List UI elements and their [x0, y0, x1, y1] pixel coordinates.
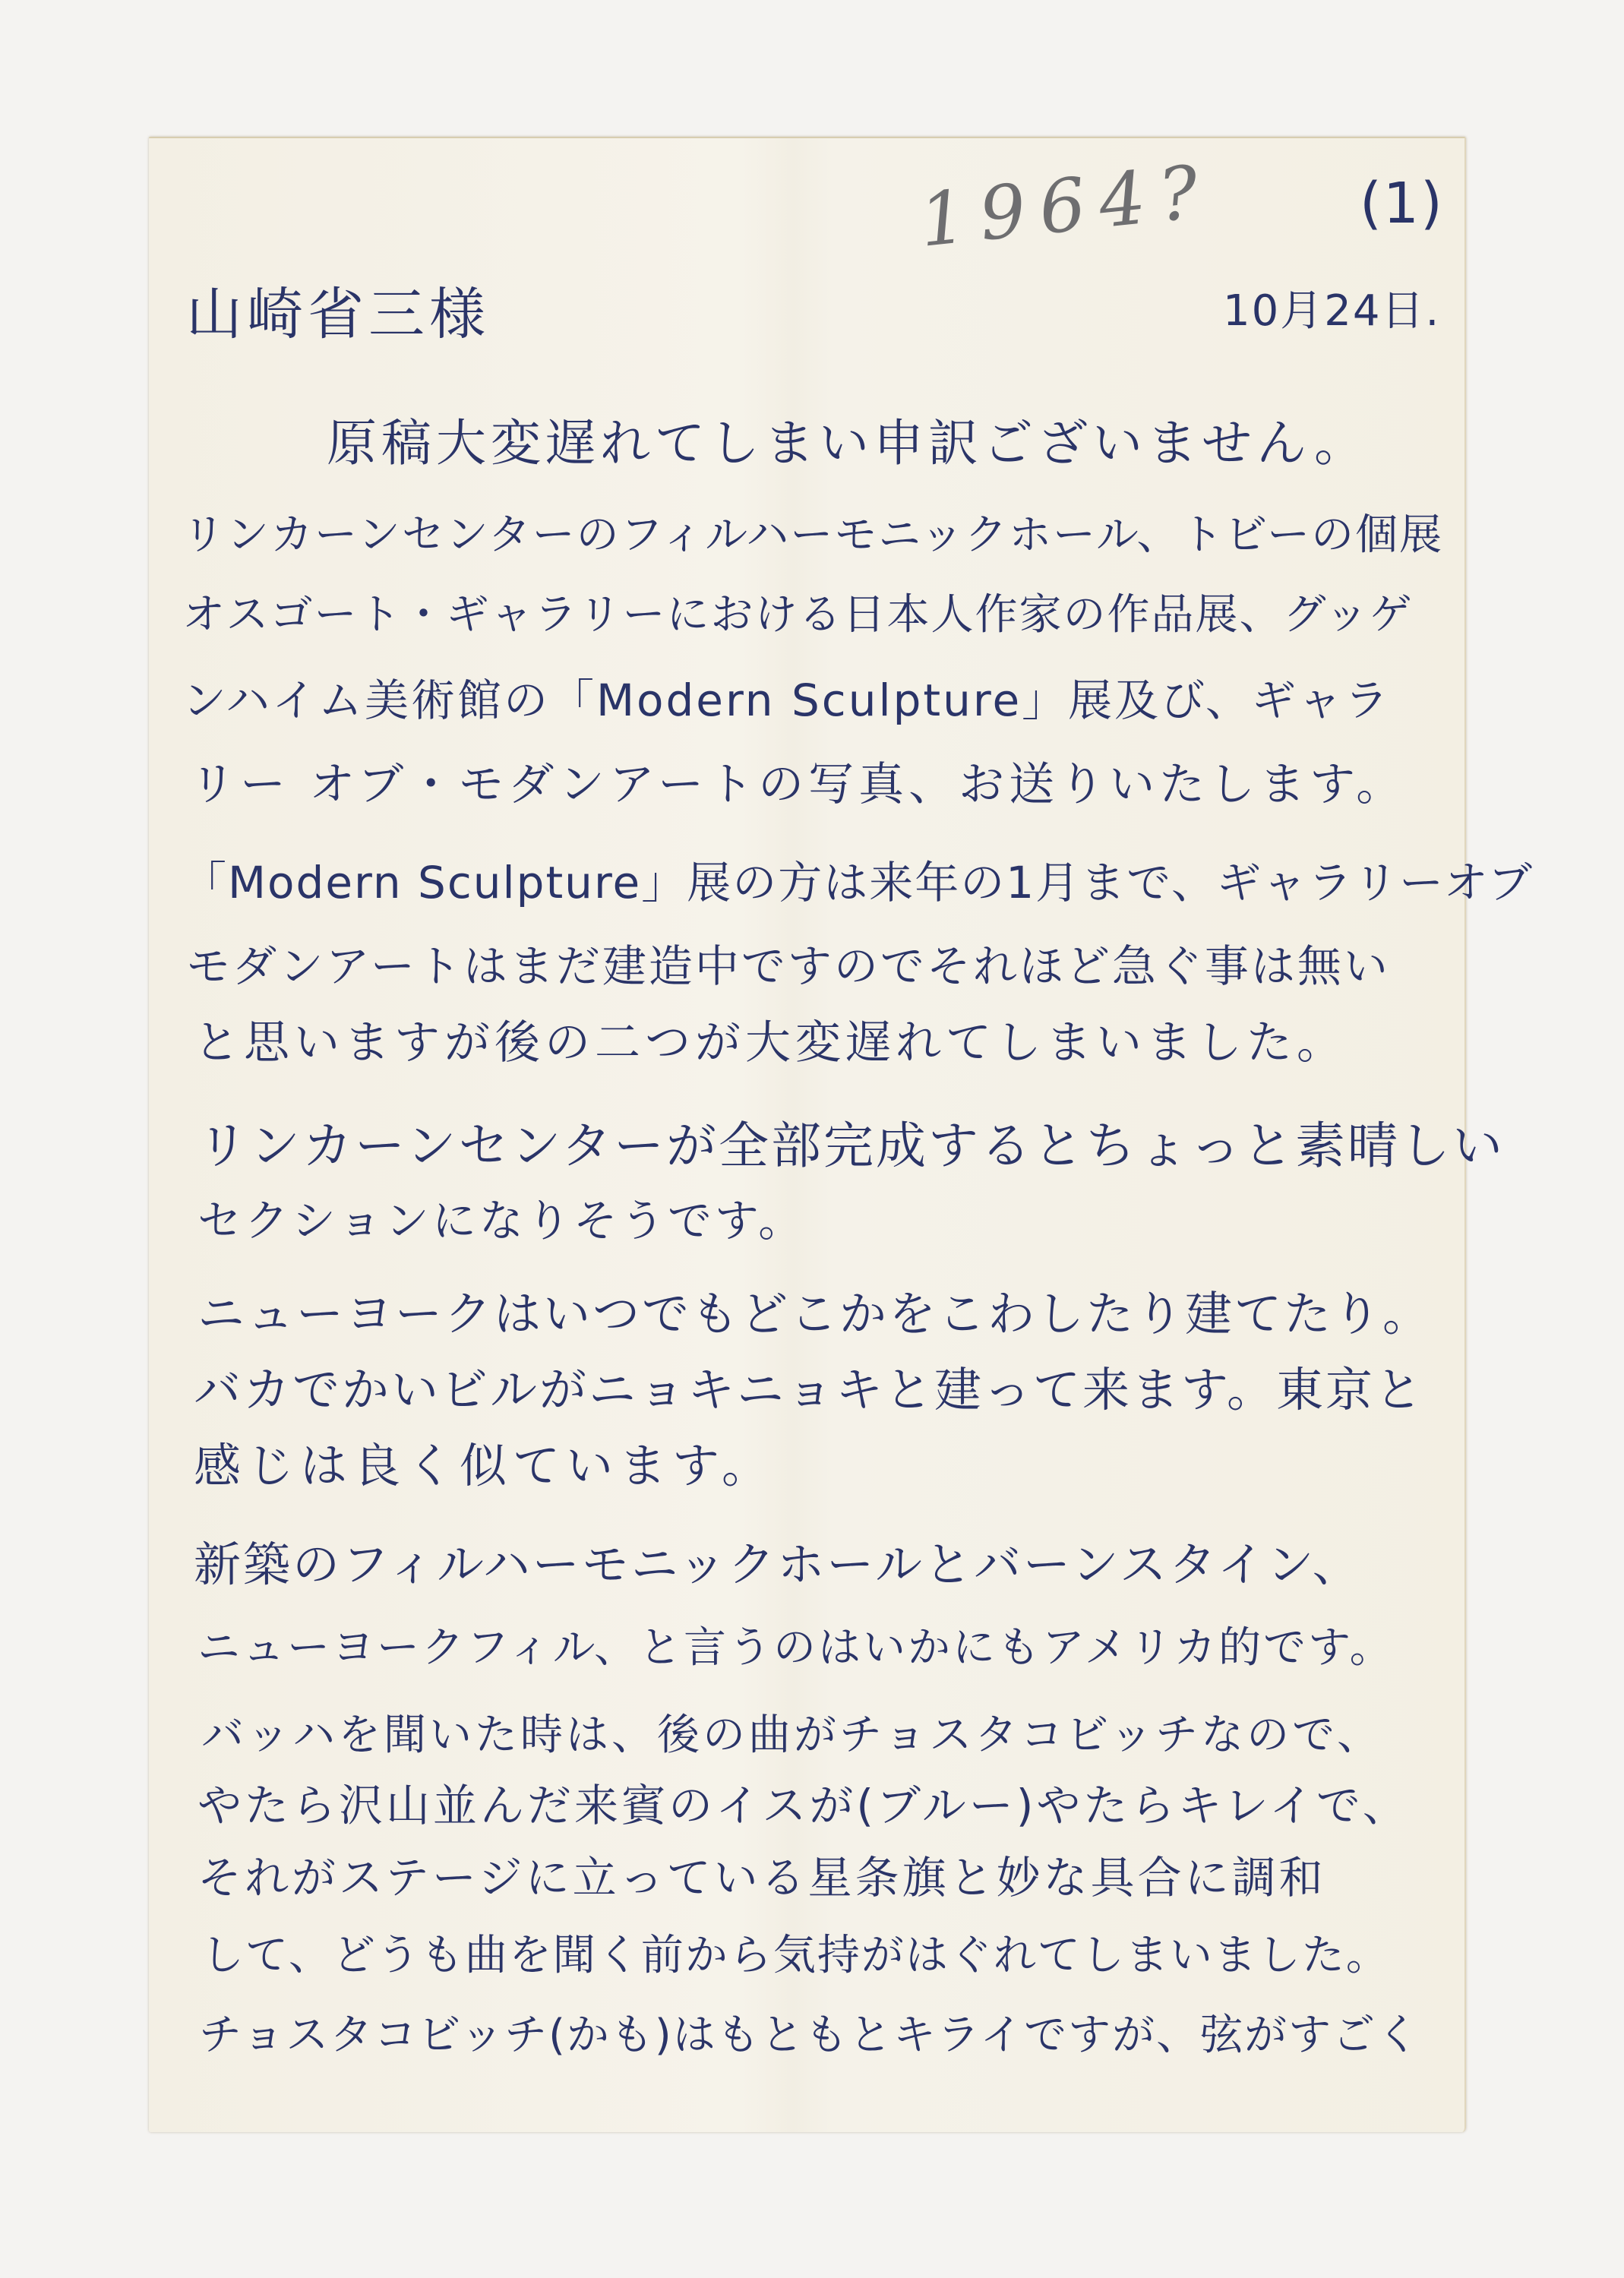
body-line-10: セクションになりそうです。 — [197, 1185, 805, 1249]
body-line-6: 「Modern Sculpture」展の方は来年の1月まで、ギャラリーオブ — [182, 847, 1534, 911]
body-line-4: ンハイム美術館の「Modern Sculpture」展及び、ギャラ — [182, 665, 1391, 728]
body-line-14: 新築のフィルハーモニックホールとバーンスタイン、 — [194, 1527, 1362, 1594]
body-line-12: バカでかいビルがニョキニョキと建って来ます。東京と — [194, 1352, 1424, 1420]
body-line-15: ニューヨークフィル、と言うのはいかにもアメリカ的です。 — [197, 1614, 1395, 1675]
body-line-14-text: 新築のフィルハーモニックホールとバーンスタイン、 — [194, 1537, 1362, 1592]
body-line-1: 原稿大変遅れてしまい申訳ございません。 — [327, 403, 1369, 475]
body-line-20: チョスタコビッチ(かも)はもともとキライですが、弦がすごく — [199, 2002, 1420, 2062]
salutation: 山崎省三様 — [186, 270, 490, 350]
body-line-7: モダンアートはまだ建造中ですのでそれほど急ぐ事は無い — [186, 930, 1390, 994]
body-line-11: ニューヨークはいつでもどこかをこわしたり建てたり。 — [197, 1276, 1432, 1344]
body-line-19: して、どうも曲を聞く前から気持がはぐれてしまいました。 — [201, 1922, 1390, 1983]
page-number: (1) — [1360, 171, 1444, 236]
body-line-9: リンカーンセンターが全部完成するとちょっと素晴しい — [197, 1105, 1505, 1177]
body-line-2: リンカーンセンターのフィルハーモニックホール、トビーの個展 — [182, 501, 1443, 562]
letter-date: 10月24日. — [1223, 277, 1440, 338]
body-line-18: それがステージに立っている星条旗と妙な具合に調和 — [197, 1842, 1326, 1906]
body-line-17: やたら沢山並んだ来賓のイスが(ブルー)やたらキレイで、 — [197, 1770, 1410, 1834]
body-line-13: 感じは良く似ています。 — [194, 1428, 775, 1496]
body-line-16: バッハを聞いた時は、後の曲がチョスタコビッチなので、 — [201, 1701, 1382, 1762]
body-line-3: オスゴート・ギャラリーにおける日本人作家の作品展、グッゲ — [182, 581, 1414, 642]
body-line-8: と思いますが後の二つが大変遅れてしまいました。 — [194, 1006, 1347, 1072]
body-line-5: リー オブ・モダンアートの写真、お送りいたします。 — [190, 748, 1406, 814]
